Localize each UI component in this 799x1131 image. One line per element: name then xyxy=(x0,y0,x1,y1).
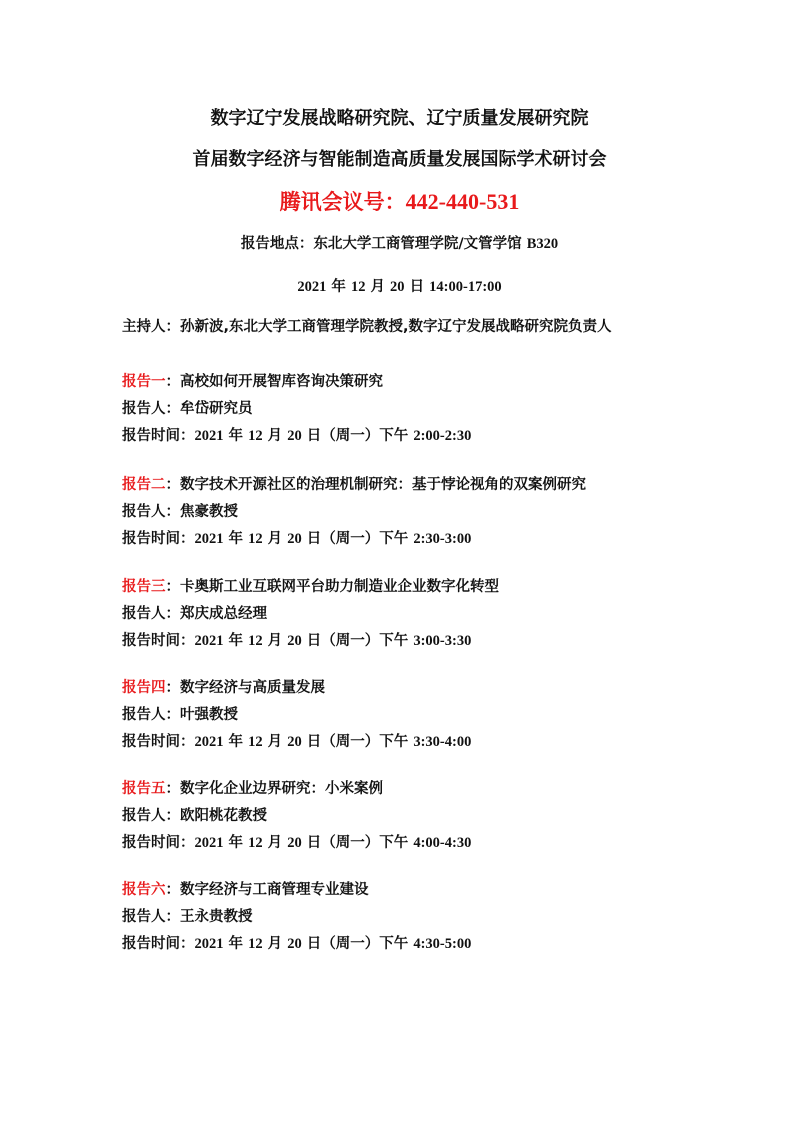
report-time: 报告时间：2021 年 12 月 20 日（周一）下午 4:30-5:00 xyxy=(122,933,471,955)
time-day: 20 xyxy=(287,936,302,952)
speaker-prefix: 报告人： xyxy=(122,808,180,824)
time-month-unit: 月 xyxy=(263,633,288,649)
report-label: 报告五 xyxy=(122,781,166,797)
date-day-unit: 日 xyxy=(405,279,430,295)
time-day: 20 xyxy=(287,734,302,750)
time-month: 12 xyxy=(248,835,263,851)
host: 主持人：孙新波,东北大学工商管理学院教授,数字辽宁发展战略研究院负责人 xyxy=(122,316,612,338)
time-day-unit: 日（周一）下午 xyxy=(302,428,414,444)
report-topic: 报告六：数字经济与工商管理专业建设 xyxy=(122,879,369,901)
report-topic-text: ：数字经济与工商管理专业建设 xyxy=(166,882,369,898)
speaker-prefix: 报告人： xyxy=(122,504,180,520)
report-time: 报告时间：2021 年 12 月 20 日（周一）下午 4:00-4:30 xyxy=(122,832,471,854)
report-label: 报告三 xyxy=(122,579,166,595)
time-range: 3:00-3:30 xyxy=(413,633,471,649)
speaker-name: 牟岱研究员 xyxy=(180,401,253,417)
time-month-unit: 月 xyxy=(263,734,288,750)
report-speaker: 报告人：王永贵教授 xyxy=(122,906,253,928)
time-month: 12 xyxy=(248,633,263,649)
report-label: 报告二 xyxy=(122,477,166,493)
date-time: 14:00-17:00 xyxy=(429,279,502,295)
report-time: 报告时间：2021 年 12 月 20 日（周一）下午 2:00-2:30 xyxy=(122,425,471,447)
meeting-label: 腾讯会议号： xyxy=(280,190,406,214)
report-speaker: 报告人：牟岱研究员 xyxy=(122,398,253,420)
speaker-prefix: 报告人： xyxy=(122,707,180,723)
speaker-name: 焦豪教授 xyxy=(180,504,238,520)
time-day: 20 xyxy=(287,633,302,649)
time-month-unit: 月 xyxy=(263,835,288,851)
venue-label: 报告地点：东北大学工商管理学院/文管学馆 xyxy=(241,236,527,252)
time-month-unit: 月 xyxy=(263,936,288,952)
report-topic: 报告四：数字经济与高质量发展 xyxy=(122,677,325,699)
time-day: 20 xyxy=(287,428,302,444)
date-day: 20 xyxy=(390,279,405,295)
venue: 报告地点：东北大学工商管理学院/文管学馆 B320 xyxy=(0,233,799,255)
time-year: 2021 xyxy=(195,633,224,649)
speaker-name: 欧阳桃花教授 xyxy=(180,808,267,824)
report-speaker: 报告人：叶强教授 xyxy=(122,704,238,726)
time-year-unit: 年 xyxy=(224,633,249,649)
report-time: 报告时间：2021 年 12 月 20 日（周一）下午 3:00-3:30 xyxy=(122,630,471,652)
report-topic: 报告二：数字技术开源社区的治理机制研究：基于悖论视角的双案例研究 xyxy=(122,474,586,496)
time-year-unit: 年 xyxy=(224,428,249,444)
report-topic-text: ：卡奥斯工业互联网平台助力制造业企业数字化转型 xyxy=(166,579,500,595)
report-speaker: 报告人：欧阳桃花教授 xyxy=(122,805,267,827)
time-month: 12 xyxy=(248,734,263,750)
report-topic-text: ：数字技术开源社区的治理机制研究：基于悖论视角的双案例研究 xyxy=(166,477,587,493)
time-day: 20 xyxy=(287,531,302,547)
report-topic-text: ：高校如何开展智库咨询决策研究 xyxy=(166,374,384,390)
speaker-name: 叶强教授 xyxy=(180,707,238,723)
time-day-unit: 日（周一）下午 xyxy=(302,734,414,750)
report-label: 报告一 xyxy=(122,374,166,390)
speaker-name: 郑庆成总经理 xyxy=(180,606,267,622)
time-day-unit: 日（周一）下午 xyxy=(302,936,414,952)
report-topic-text: ：数字化企业边界研究：小米案例 xyxy=(166,781,384,797)
time-day-unit: 日（周一）下午 xyxy=(302,835,414,851)
time-year: 2021 xyxy=(195,531,224,547)
time-month: 12 xyxy=(248,531,263,547)
date-month-unit: 月 xyxy=(365,279,390,295)
report-label: 报告六 xyxy=(122,882,166,898)
report-topic: 报告三：卡奥斯工业互联网平台助力制造业企业数字化转型 xyxy=(122,576,499,598)
report-speaker: 报告人：焦豪教授 xyxy=(122,501,238,523)
event-date: 2021 年 12 月 20 日 14:00-17:00 xyxy=(0,276,799,298)
time-prefix: 报告时间： xyxy=(122,835,195,851)
time-month-unit: 月 xyxy=(263,531,288,547)
document-title-line1: 数字辽宁发展战略研究院、辽宁质量发展研究院 xyxy=(0,106,799,132)
time-day-unit: 日（周一）下午 xyxy=(302,633,414,649)
speaker-name: 王永贵教授 xyxy=(180,909,253,925)
time-range: 3:30-4:00 xyxy=(413,734,471,750)
time-prefix: 报告时间： xyxy=(122,531,195,547)
report-label: 报告四 xyxy=(122,680,166,696)
time-prefix: 报告时间： xyxy=(122,633,195,649)
time-day: 20 xyxy=(287,835,302,851)
meeting-number: 442-440-531 xyxy=(406,189,520,214)
time-month: 12 xyxy=(248,428,263,444)
time-prefix: 报告时间： xyxy=(122,936,195,952)
time-year: 2021 xyxy=(195,428,224,444)
date-year-unit: 年 xyxy=(326,279,351,295)
document-title-line2: 首届数字经济与智能制造高质量发展国际学术研讨会 xyxy=(0,147,799,173)
time-year-unit: 年 xyxy=(224,531,249,547)
date-month: 12 xyxy=(351,279,366,295)
venue-room: B320 xyxy=(527,236,558,252)
report-time: 报告时间：2021 年 12 月 20 日（周一）下午 3:30-4:00 xyxy=(122,731,471,753)
speaker-prefix: 报告人： xyxy=(122,401,180,417)
time-year: 2021 xyxy=(195,734,224,750)
report-speaker: 报告人：郑庆成总经理 xyxy=(122,603,267,625)
time-range: 4:30-5:00 xyxy=(413,936,471,952)
time-range: 2:30-3:00 xyxy=(413,531,471,547)
time-year: 2021 xyxy=(195,936,224,952)
time-prefix: 报告时间： xyxy=(122,734,195,750)
time-range: 2:00-2:30 xyxy=(413,428,471,444)
time-year-unit: 年 xyxy=(224,936,249,952)
time-month: 12 xyxy=(248,936,263,952)
speaker-prefix: 报告人： xyxy=(122,909,180,925)
report-time: 报告时间：2021 年 12 月 20 日（周一）下午 2:30-3:00 xyxy=(122,528,471,550)
time-month-unit: 月 xyxy=(263,428,288,444)
time-day-unit: 日（周一）下午 xyxy=(302,531,414,547)
time-year: 2021 xyxy=(195,835,224,851)
time-year-unit: 年 xyxy=(224,835,249,851)
time-prefix: 报告时间： xyxy=(122,428,195,444)
time-year-unit: 年 xyxy=(224,734,249,750)
report-topic: 报告五：数字化企业边界研究：小米案例 xyxy=(122,778,383,800)
speaker-prefix: 报告人： xyxy=(122,606,180,622)
time-range: 4:00-4:30 xyxy=(413,835,471,851)
report-topic: 报告一：高校如何开展智库咨询决策研究 xyxy=(122,371,383,393)
meeting-id: 腾讯会议号：442-440-531 xyxy=(0,187,799,217)
report-topic-text: ：数字经济与高质量发展 xyxy=(166,680,326,696)
date-year: 2021 xyxy=(297,279,326,295)
